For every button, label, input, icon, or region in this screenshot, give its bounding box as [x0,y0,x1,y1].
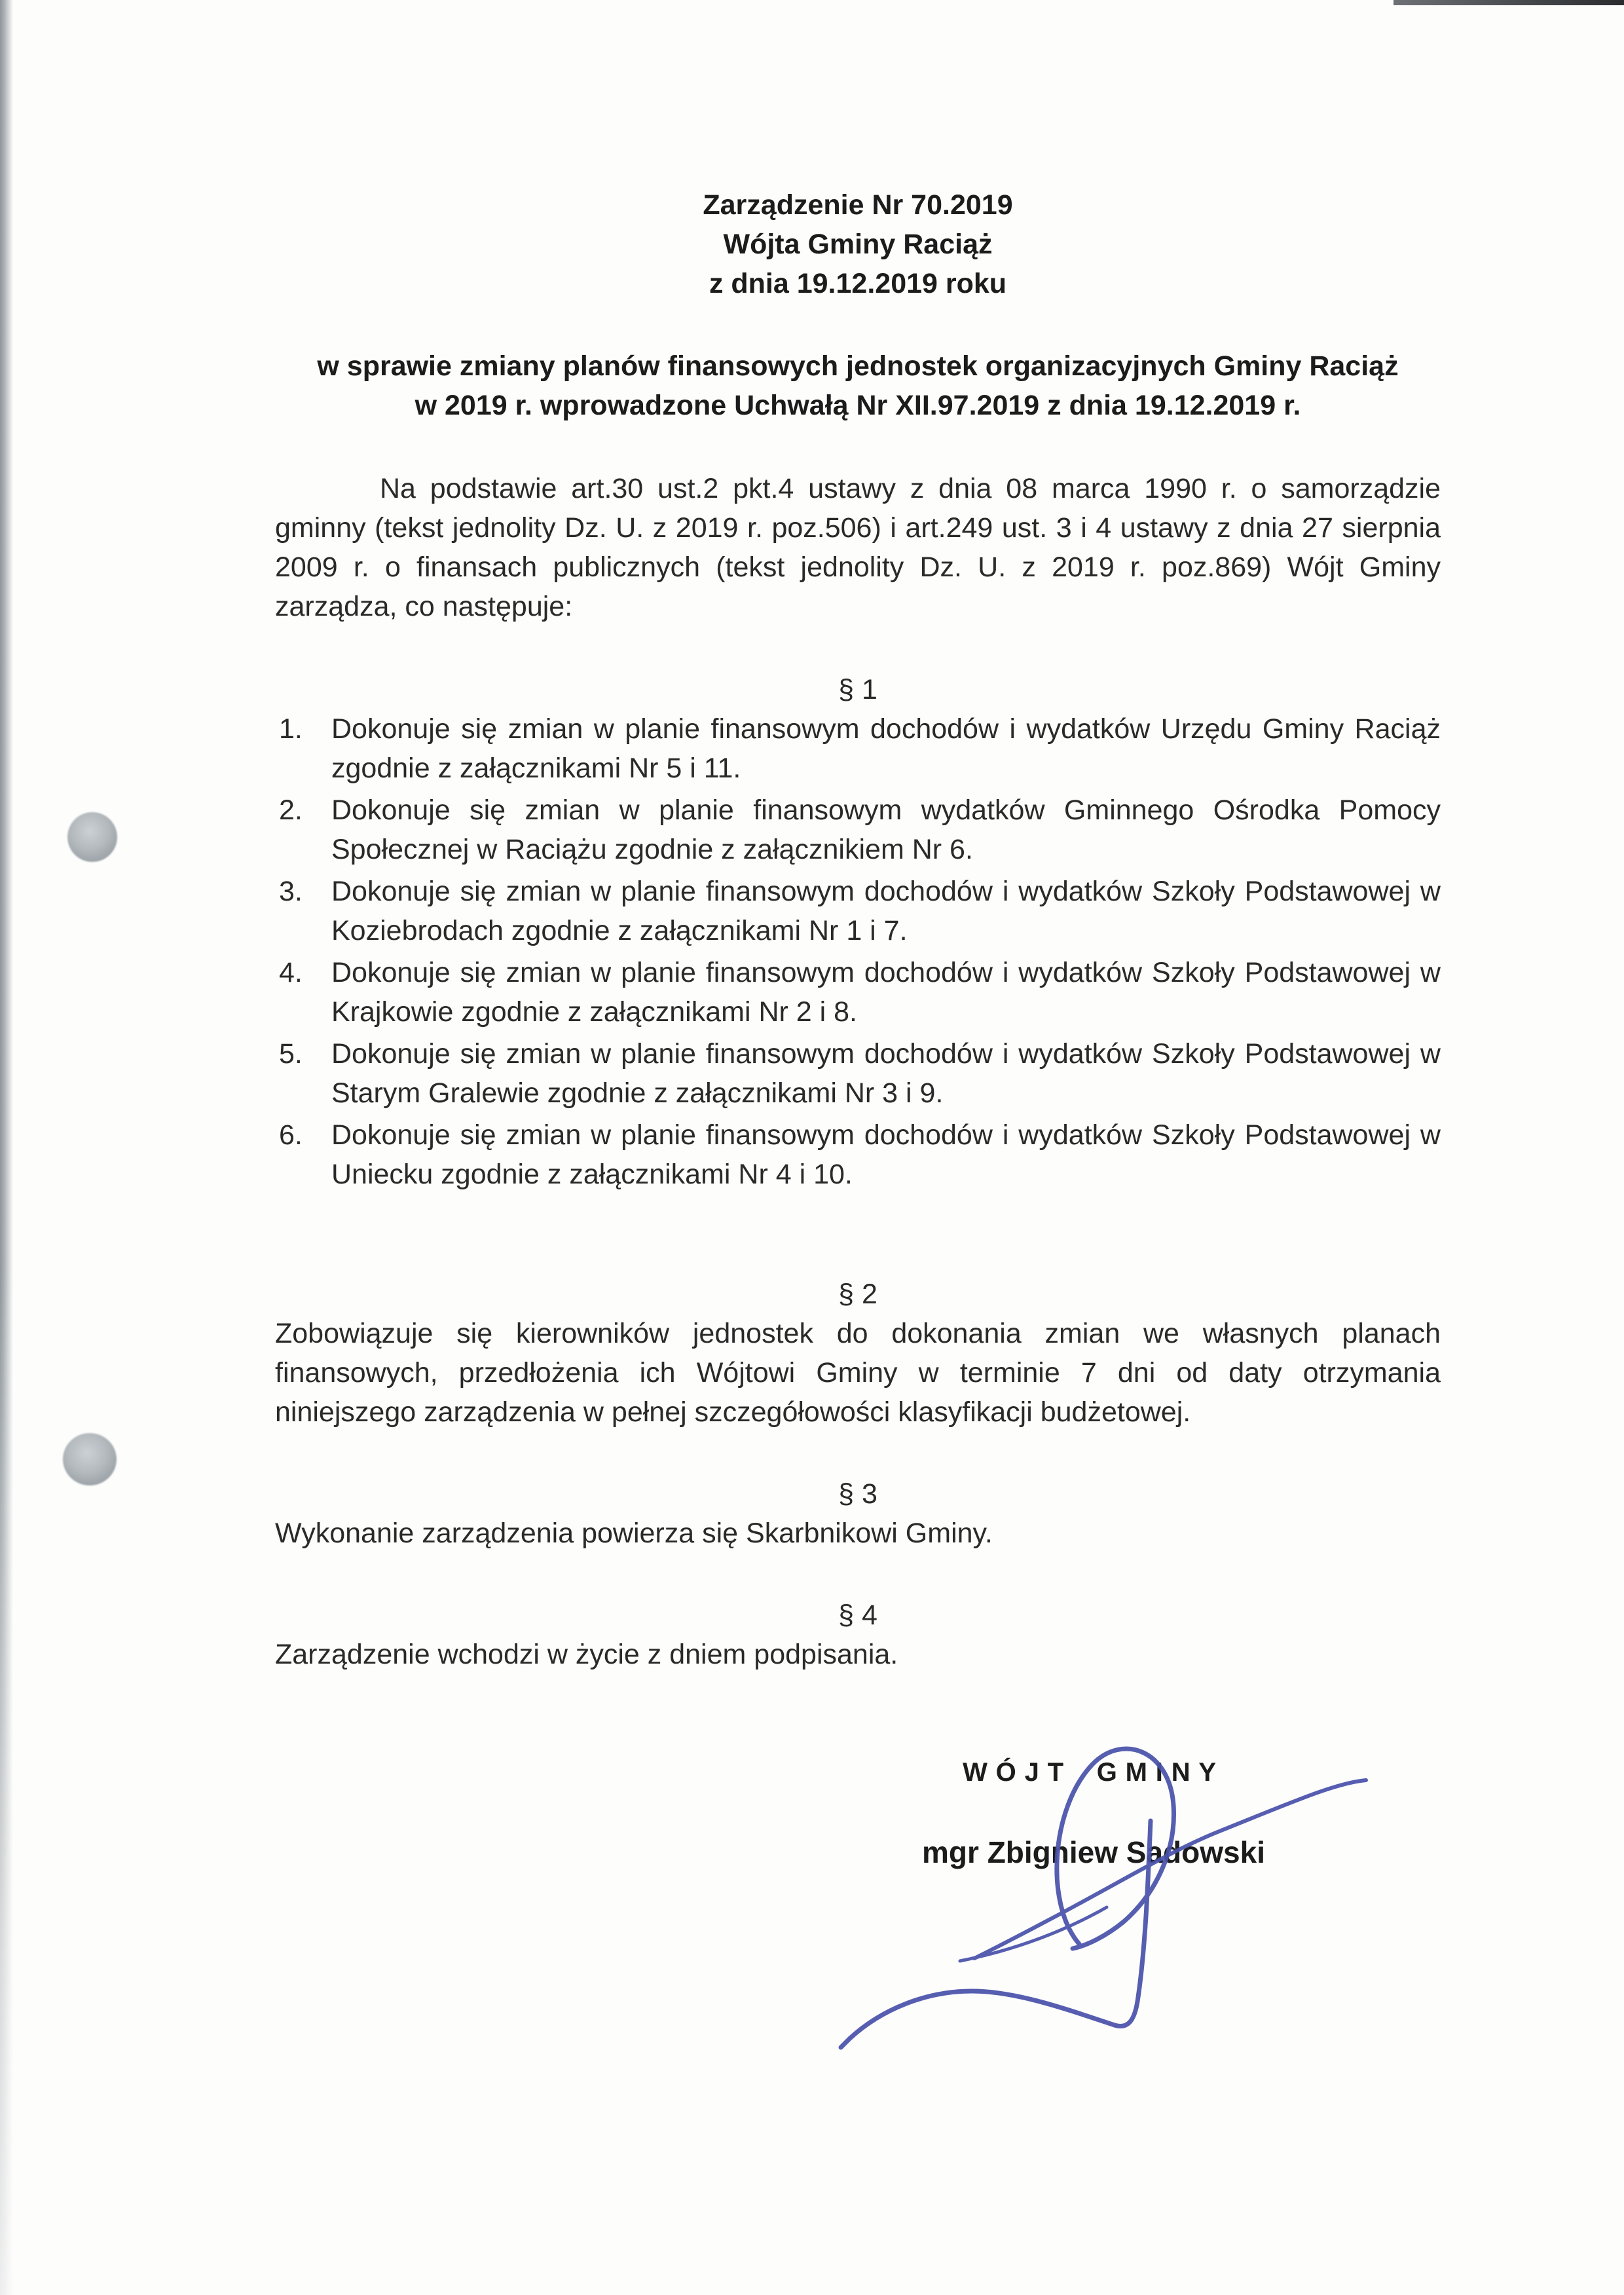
ordinance-subject-line-1: w sprawie zmiany planów finansowych jedn… [275,346,1441,386]
scanned-document-page: Zarządzenie Nr 70.2019 Wójta Gminy Racią… [0,0,1624,2295]
signature-block: WÓJT GMINY mgr Zbigniew Sadowski [871,1754,1316,1872]
ordinance-subject-line-2: w 2019 r. wprowadzone Uchwałą Nr XII.97.… [275,386,1441,425]
section-4-heading: § 4 [275,1595,1441,1635]
section-1-items-list: Dokonuje się zmian w planie finansowym d… [275,709,1441,1194]
ordinance-title-line-1: Zarządzenie Nr 70.2019 [275,185,1441,225]
signature-stroke-short-diagonal [960,1907,1107,1961]
signatory-name: mgr Zbigniew Sadowski [871,1833,1316,1872]
section-2-paragraph: Zobowiązuje się kierowników jednostek do… [275,1314,1441,1432]
ordinance-title-line-2: Wójta Gminy Raciąż [275,225,1441,264]
list-item: Dokonuje się zmian w planie finansowym d… [275,1034,1441,1113]
list-item: Dokonuje się zmian w planie finansowym w… [275,791,1441,869]
section-1: § 1 Dokonuje się zmian w planie finansow… [275,670,1441,1197]
hole-punch-mark-top [67,812,117,862]
scan-artifact-top-right [1393,0,1624,5]
section-2-heading: § 2 [275,1275,1441,1314]
ordinance-title-line-3: z dnia 19.12.2019 roku [275,264,1441,303]
hole-punch-mark-bottom [63,1433,117,1485]
scan-edge-shadow-left [0,0,13,2295]
list-item: Dokonuje się zmian w planie finansowym d… [275,953,1441,1032]
signature-role-label: WÓJT GMINY [871,1754,1316,1791]
section-3: § 3 Wykonanie zarządzenia powierza się S… [275,1474,1441,1553]
section-3-paragraph: Wykonanie zarządzenia powierza się Skarb… [275,1514,1441,1553]
section-1-heading: § 1 [275,670,1441,709]
ordinance-title-block: Zarządzenie Nr 70.2019 Wójta Gminy Racią… [275,185,1441,303]
legal-preamble-paragraph: Na podstawie art.30 ust.2 pkt.4 ustawy z… [275,469,1441,626]
section-4: § 4 Zarządzenie wchodzi w życie z dniem … [275,1595,1441,1674]
legal-preamble: Na podstawie art.30 ust.2 pkt.4 ustawy z… [275,469,1441,626]
list-item: Dokonuje się zmian w planie finansowym d… [275,1115,1441,1194]
list-item: Dokonuje się zmian w planie finansowym d… [275,872,1441,950]
section-2: § 2 Zobowiązuje się kierowników jednoste… [275,1275,1441,1432]
list-item: Dokonuje się zmian w planie finansowym d… [275,709,1441,788]
section-3-heading: § 3 [275,1474,1441,1514]
section-4-paragraph: Zarządzenie wchodzi w życie z dniem podp… [275,1635,1441,1674]
ordinance-subject-block: w sprawie zmiany planów finansowych jedn… [275,346,1441,425]
